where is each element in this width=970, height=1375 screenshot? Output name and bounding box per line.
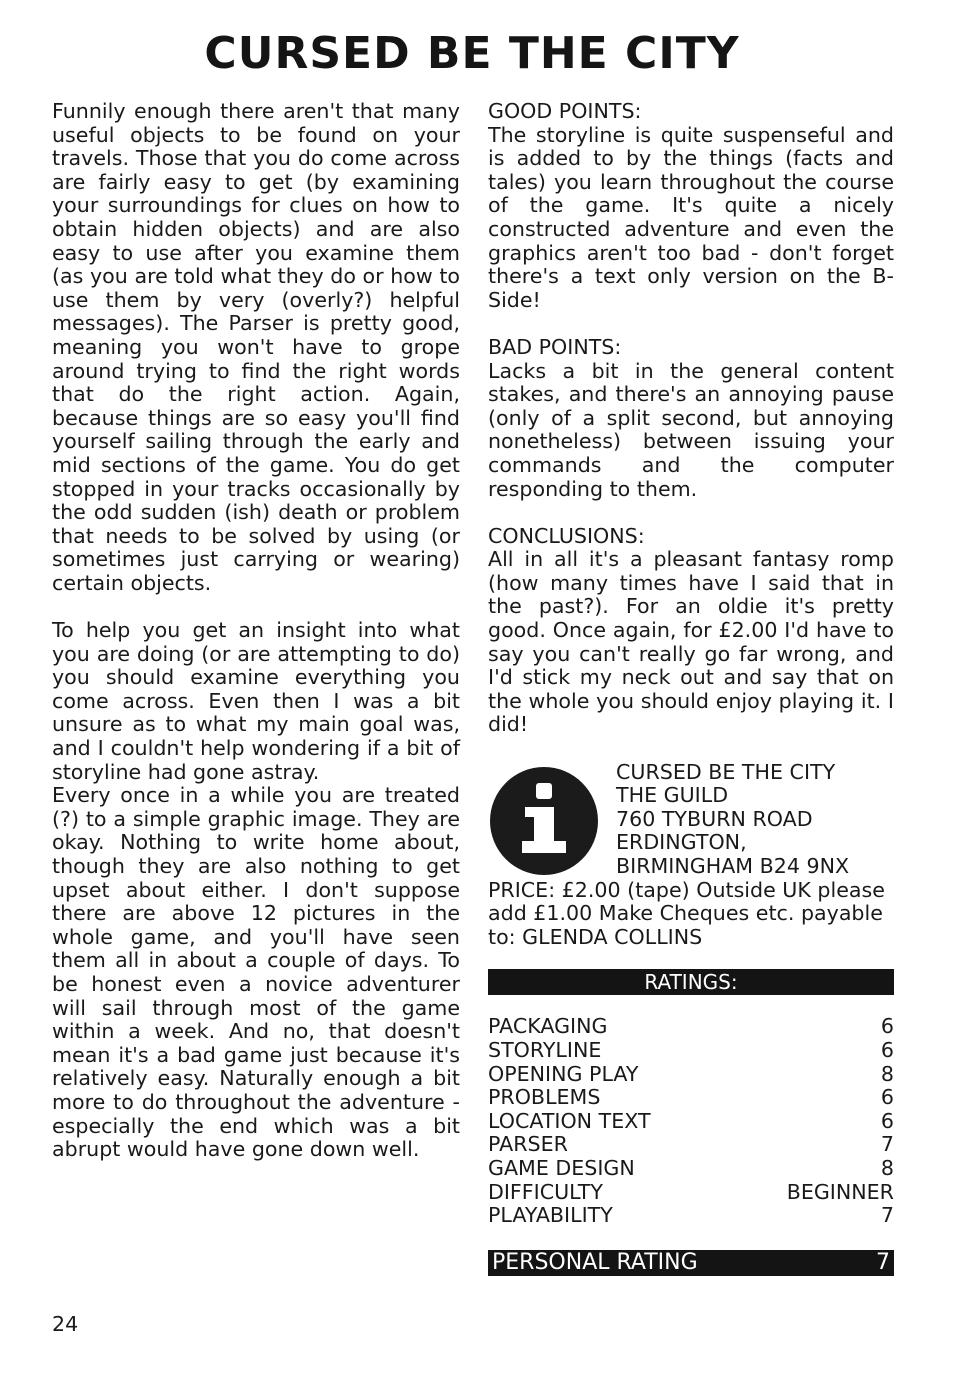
info-line: CURSED BE THE CITY bbox=[616, 761, 849, 785]
ratings-table: PACKAGING6 STORYLINE6 OPENING PLAY8 PROB… bbox=[488, 1015, 894, 1227]
rating-label: PARSER bbox=[488, 1133, 568, 1157]
rating-value: 6 bbox=[881, 1015, 894, 1039]
info-box: CURSED BE THE CITY THE GUILD 760 TYBURN … bbox=[488, 761, 894, 879]
right-column: GOOD POINTS: The storyline is quite susp… bbox=[488, 100, 894, 1276]
conclusions-text: All in all it's a pleasant fantasy romp … bbox=[488, 548, 894, 737]
personal-rating-label: PERSONAL RATING bbox=[492, 1250, 698, 1276]
ratings-heading: RATINGS: bbox=[488, 969, 894, 995]
rating-row: PLAYABILITY7 bbox=[488, 1204, 894, 1228]
rating-value: BEGINNER bbox=[787, 1181, 894, 1205]
conclusions-heading: CONCLUSIONS: bbox=[488, 525, 894, 549]
rating-row: GAME DESIGN8 bbox=[488, 1157, 894, 1181]
rating-row: PACKAGING6 bbox=[488, 1015, 894, 1039]
info-line: 760 TYBURN ROAD bbox=[616, 808, 849, 832]
rating-label: STORYLINE bbox=[488, 1039, 601, 1063]
rating-row: OPENING PLAY8 bbox=[488, 1063, 894, 1087]
rating-value: 8 bbox=[881, 1157, 894, 1181]
rating-label: OPENING PLAY bbox=[488, 1063, 638, 1087]
rating-value: 8 bbox=[881, 1063, 894, 1087]
rating-row: PROBLEMS6 bbox=[488, 1086, 894, 1110]
good-points-heading: GOOD POINTS: bbox=[488, 100, 894, 124]
rating-row: PARSER7 bbox=[488, 1133, 894, 1157]
info-line: ERDINGTON, bbox=[616, 831, 849, 855]
body-paragraph: Every once in a while you are treated (?… bbox=[52, 784, 460, 1162]
info-icon bbox=[490, 767, 598, 875]
personal-rating-bar: PERSONAL RATING 7 bbox=[488, 1250, 894, 1276]
rating-value: 6 bbox=[881, 1086, 894, 1110]
rating-label: LOCATION TEXT bbox=[488, 1110, 651, 1134]
info-line: BIRMINGHAM B24 9NX bbox=[616, 855, 849, 879]
rating-value: 6 bbox=[881, 1039, 894, 1063]
bad-points-heading: BAD POINTS: bbox=[488, 336, 894, 360]
personal-rating-value: 7 bbox=[876, 1250, 890, 1276]
page-number: 24 bbox=[52, 1312, 78, 1336]
body-paragraph: Funnily enough there aren't that many us… bbox=[52, 100, 460, 595]
rating-row: LOCATION TEXT6 bbox=[488, 1110, 894, 1134]
rating-label: PROBLEMS bbox=[488, 1086, 600, 1110]
page-title: CURSED BE THE CITY bbox=[0, 28, 944, 79]
rating-label: PACKAGING bbox=[488, 1015, 607, 1039]
body-paragraph: To help you get an insight into what you… bbox=[52, 619, 460, 784]
rating-value: 7 bbox=[881, 1204, 894, 1228]
rating-row: STORYLINE6 bbox=[488, 1039, 894, 1063]
left-column: Funnily enough there aren't that many us… bbox=[52, 100, 460, 1162]
rating-value: 6 bbox=[881, 1110, 894, 1134]
rating-value: 7 bbox=[881, 1133, 894, 1157]
rating-label: DIFFICULTY bbox=[488, 1181, 603, 1205]
rating-label: PLAYABILITY bbox=[488, 1204, 613, 1228]
publisher-address: CURSED BE THE CITY THE GUILD 760 TYBURN … bbox=[616, 761, 849, 879]
good-points-text: The storyline is quite suspenseful and i… bbox=[488, 124, 894, 313]
rating-label: GAME DESIGN bbox=[488, 1157, 635, 1181]
price-text: PRICE: £2.00 (tape) Outside UK please ad… bbox=[488, 879, 894, 950]
bad-points-text: Lacks a bit in the general content stake… bbox=[488, 360, 894, 502]
info-line: THE GUILD bbox=[616, 784, 849, 808]
rating-row: DIFFICULTYBEGINNER bbox=[488, 1181, 894, 1205]
